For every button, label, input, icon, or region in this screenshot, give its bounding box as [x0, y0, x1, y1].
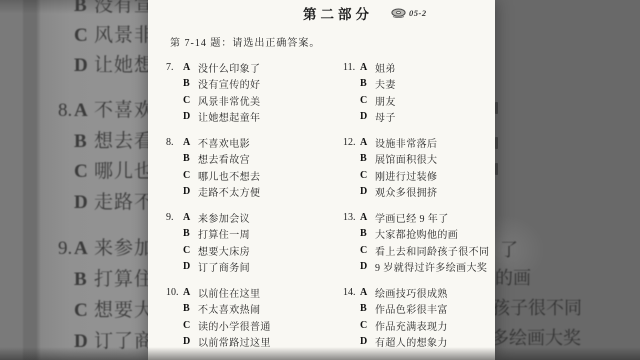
option-row: C刚进行过装修	[343, 167, 495, 184]
background-option-text: 不喜欢	[94, 100, 148, 122]
background-text-fragment	[495, 102, 498, 114]
option-text: 打算住一周	[198, 226, 250, 241]
background-option-letter: D	[74, 55, 94, 77]
option-row: D母子	[343, 109, 495, 126]
question-7: 7.A没什么印象了B没有宣传的好C风景非常优美D让她想起童年	[166, 59, 338, 125]
background-option-text: 想去看	[94, 131, 148, 153]
background-zoomed-page-right: 了的画孩子很不同多绘画大奖	[495, 0, 640, 360]
question-number: 13.	[343, 212, 360, 223]
question-number: 11.	[343, 62, 360, 73]
background-zoom-line: B没有宣	[58, 0, 148, 17]
option-letter: D	[360, 186, 375, 197]
option-letter: B	[360, 153, 375, 164]
background-option-text: 哪儿也	[94, 161, 148, 183]
option-letter: D	[183, 336, 198, 347]
disc-icon	[391, 8, 406, 18]
option-letter: A	[183, 287, 198, 298]
option-text: 大家都抢购他的画	[375, 226, 458, 241]
option-text: 想要大床房	[198, 243, 250, 258]
option-text: 订了商务间	[198, 259, 250, 274]
option-letter: A	[183, 137, 198, 148]
option-letter: A	[360, 62, 375, 73]
option-text: 不太喜欢热闹	[198, 301, 260, 316]
option-text: 夫妻	[375, 76, 396, 91]
option-text: 学画已经 9 年了	[375, 210, 449, 225]
option-letter: C	[183, 95, 198, 106]
background-question-number	[58, 161, 74, 183]
option-letter: A	[183, 62, 198, 73]
option-row: D走路不太方便	[166, 184, 338, 201]
option-text: 想去看故宫	[198, 151, 250, 166]
option-letter: C	[360, 245, 375, 256]
video-frame: B没有宣C风景非D让她想8.A不喜欢B想去看C哪儿也D走路不9.A来参加B打算住…	[0, 0, 640, 360]
option-row: B夫妻	[343, 76, 495, 93]
question-number: 14.	[343, 287, 360, 298]
background-option-text: 风景非	[94, 25, 148, 47]
option-letter: D	[183, 186, 198, 197]
background-option-letter: A	[74, 100, 94, 122]
option-row: B大家都抢购他的画	[343, 226, 495, 243]
question-13: 13.A学画已经 9 年了B大家都抢购他的画C看上去和同龄孩子很不同D9 岁就得…	[343, 209, 495, 275]
option-row: 11.A姐弟	[343, 59, 495, 76]
option-row: 8.A不喜欢电影	[166, 134, 338, 151]
background-question-number	[58, 131, 74, 153]
question-8: 8.A不喜欢电影B想去看故宫C哪儿也不想去D走路不太方便	[166, 134, 338, 200]
background-zoom-line: 8.A不喜欢	[58, 100, 148, 122]
background-zoom-line: 多绘画大奖	[495, 328, 581, 349]
option-row: B打算住一周	[166, 226, 338, 243]
option-text: 朋友	[375, 93, 396, 108]
background-option-text: 走路不	[94, 192, 148, 214]
option-text: 观众多很拥挤	[375, 184, 437, 199]
question-number: 9.	[166, 212, 183, 223]
question-9: 9.A来参加会议B打算住一周C想要大床房D订了商务间	[166, 209, 338, 275]
background-option-letter: B	[74, 0, 94, 17]
option-letter: A	[360, 212, 375, 223]
option-text: 刚进行过装修	[375, 168, 437, 183]
option-row: D让她想起童年	[166, 109, 338, 126]
option-row: C朋友	[343, 92, 495, 109]
option-row: D观众多很拥挤	[343, 184, 495, 201]
background-option-text: 没有宣	[94, 0, 148, 17]
background-option-letter: C	[74, 25, 94, 47]
background-text-fragment	[495, 163, 498, 175]
option-text: 看上去和同龄孩子很不同	[375, 243, 489, 258]
option-letter: A	[360, 137, 375, 148]
option-letter: D	[183, 111, 198, 122]
background-option-letter: B	[74, 269, 94, 291]
background-question-number	[58, 300, 74, 322]
question-10: 10.A以前住在这里B不太喜欢热闹C读的小学很普通D以前常路过这里	[166, 284, 338, 350]
background-option-letter: D	[74, 192, 94, 214]
option-text: 绘画技巧很成熟	[375, 285, 448, 300]
background-question-number: 8.	[58, 100, 74, 122]
option-letter: A	[360, 287, 375, 298]
option-text: 走路不太方便	[198, 184, 260, 199]
option-letter: B	[183, 78, 198, 89]
background-option-letter: C	[74, 300, 94, 322]
background-question-number	[58, 0, 74, 17]
option-row: B作品色彩很丰富	[343, 301, 495, 318]
option-letter: D	[360, 261, 375, 272]
background-question-number	[58, 269, 74, 291]
option-text: 没有宣传的好	[198, 76, 260, 91]
option-text: 不喜欢电影	[198, 135, 250, 150]
option-row: C想要大床房	[166, 242, 338, 259]
question-number: 10.	[166, 287, 183, 298]
option-text: 作品充满表现力	[375, 318, 448, 333]
questions-column-right: 11.A姐弟B夫妻C朋友D母子12.A设施非常落后B展馆面积很大C刚进行过装修D…	[343, 59, 495, 359]
background-option-text: 来参加	[94, 238, 148, 260]
option-text: 设施非常落后	[375, 135, 437, 150]
background-zoom-line: 9.A来参加	[58, 238, 148, 260]
option-row: D9 岁就得过许多绘画大奖	[343, 259, 495, 276]
question-number: 8.	[166, 137, 183, 148]
option-text: 以前住在这里	[198, 285, 260, 300]
background-question-number	[58, 55, 74, 77]
option-letter: C	[360, 320, 375, 331]
option-letter: B	[360, 78, 375, 89]
instruction-text: 第 7-14 题：请选出正确答案。	[170, 34, 320, 49]
questions-column-left: 7.A没什么印象了B没有宣传的好C风景非常优美D让她想起童年8.A不喜欢电影B想…	[166, 59, 338, 359]
question-number: 12.	[343, 137, 360, 148]
option-row: 13.A学画已经 9 年了	[343, 209, 495, 226]
option-row: 7.A没什么印象了	[166, 59, 338, 76]
background-zoom-line: C哪儿也	[58, 161, 148, 183]
option-letter: B	[183, 303, 198, 314]
option-text: 作品色彩很丰富	[375, 301, 448, 316]
question-number: 7.	[166, 62, 183, 73]
background-question-number: 9.	[58, 238, 74, 260]
background-question-number	[58, 192, 74, 214]
background-zoom-line: B打算住	[58, 269, 148, 291]
option-row: C看上去和同龄孩子很不同	[343, 242, 495, 259]
background-text-fragment	[495, 137, 498, 149]
background-question-number	[58, 25, 74, 47]
option-row: 10.A以前住在这里	[166, 284, 338, 301]
option-row: 14.A绘画技巧很成熟	[343, 284, 495, 301]
option-row: B不太喜欢热闹	[166, 301, 338, 318]
option-text: 母子	[375, 109, 396, 124]
background-zoom-line: 了	[500, 240, 518, 261]
option-text: 姐弟	[375, 60, 396, 75]
option-letter: D	[360, 111, 375, 122]
option-row: B没有宣传的好	[166, 76, 338, 93]
background-option-text: 打算住	[94, 269, 148, 291]
option-letter: A	[183, 212, 198, 223]
option-text: 哪儿也不想去	[198, 168, 260, 183]
option-letter: B	[183, 153, 198, 164]
option-letter: C	[183, 245, 198, 256]
audio-track-label: 05-2	[409, 8, 427, 18]
background-option-letter: C	[74, 161, 94, 183]
option-text: 9 岁就得过许多绘画大奖	[375, 259, 487, 274]
question-14: 14.A绘画技巧很成熟B作品色彩很丰富C作品充满表现力D有超人的想象力	[343, 284, 495, 350]
background-zoom-line: D让她想	[58, 55, 148, 77]
background-zoom-line: D走路不	[58, 192, 148, 214]
background-zoom-line: B想去看	[58, 131, 148, 153]
question-12: 12.A设施非常落后B展馆面积很大C刚进行过装修D观众多很拥挤	[343, 134, 495, 200]
option-letter: D	[360, 336, 375, 347]
option-text: 读的小学很普通	[198, 318, 271, 333]
option-letter: B	[360, 303, 375, 314]
option-letter: D	[183, 261, 198, 272]
option-row: B展馆面积很大	[343, 151, 495, 168]
background-zoom-line: C想要大	[58, 300, 148, 322]
option-text: 没什么印象了	[198, 60, 260, 75]
background-option-text: 想要大	[94, 300, 148, 322]
background-zoomed-page-left: B没有宣C风景非D让她想8.A不喜欢B想去看C哪儿也D走路不9.A来参加B打算住…	[0, 0, 148, 360]
page-header: 第二部分 05-2	[303, 3, 427, 23]
option-text: 让她想起童年	[198, 109, 260, 124]
option-text: 风景非常优美	[198, 93, 260, 108]
background-option-letter: B	[74, 131, 94, 153]
option-text: 来参加会议	[198, 210, 250, 225]
background-zoom-line: 孩子很不同	[495, 298, 582, 319]
option-text: 展馆面积很大	[375, 151, 437, 166]
option-row: C读的小学很普通	[166, 317, 338, 334]
section-title: 第二部分	[303, 3, 373, 23]
option-letter: B	[183, 228, 198, 239]
bottom-shade	[0, 347, 640, 360]
option-letter: C	[360, 95, 375, 106]
option-letter: C	[183, 320, 198, 331]
option-row: B想去看故宫	[166, 151, 338, 168]
background-option-text: 让她想	[94, 55, 148, 77]
option-row: D订了商务间	[166, 259, 338, 276]
option-letter: C	[183, 170, 198, 181]
question-11: 11.A姐弟B夫妻C朋友D母子	[343, 59, 495, 125]
option-row: C风景非常优美	[166, 92, 338, 109]
option-letter: C	[360, 170, 375, 181]
option-row: 12.A设施非常落后	[343, 134, 495, 151]
option-row: 9.A来参加会议	[166, 209, 338, 226]
background-zoom-line: C风景非	[58, 25, 148, 47]
background-option-letter: A	[74, 238, 94, 260]
test-page: 第二部分 05-2 第 7-14 题：请选出正确答案。 7.A没什么印象了B没有…	[148, 0, 495, 360]
audio-track: 05-2	[391, 8, 427, 18]
option-letter: B	[360, 228, 375, 239]
background-zoom-line: 的画	[495, 268, 531, 289]
option-row: C作品充满表现力	[343, 317, 495, 334]
option-row: C哪儿也不想去	[166, 167, 338, 184]
